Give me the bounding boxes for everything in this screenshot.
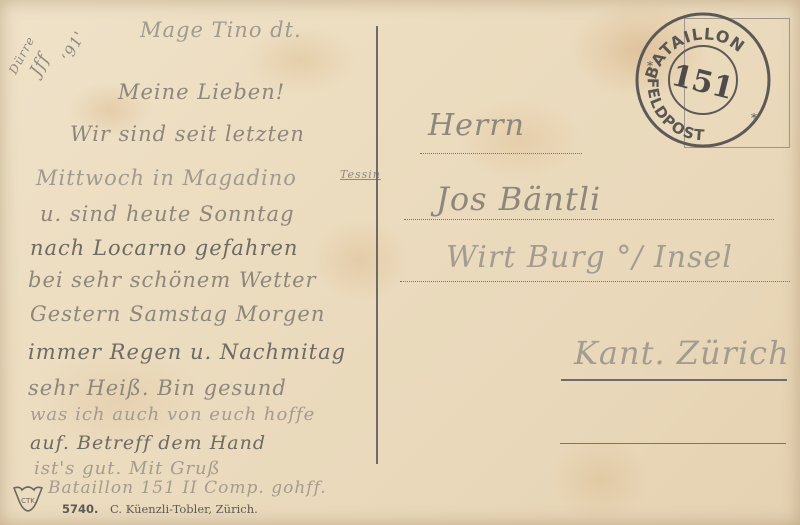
address-salutation: Herrn [428,108,525,143]
message-signature: Bataillon 151 II Comp. gohff. [48,478,327,498]
postmark: BATAILLON FELDPOST * * 151 [633,10,773,150]
address-line-4 [561,379,787,381]
message-line-10: sehr Heiß. Bin gesund [28,376,287,400]
publisher-name: C. Küenzli-Tobler, Zürich. [110,502,258,516]
address-street: Wirt Burg °/ Insel [446,240,733,275]
address-line-1 [420,153,582,154]
message-line-9: immer Regen u. Nachmitag [28,340,346,364]
message-line-5: u. sind heute Sonntag [40,202,295,226]
message-line-11: was ich auch von euch hoffe [30,404,315,425]
svg-text:*: * [751,111,757,125]
address-line-3 [400,281,790,282]
publisher-imprint: 5740. C. Küenzli-Tobler, Zürich. [62,502,258,516]
svg-text:151: 151 [668,58,737,107]
message-line-7: bei sehr schönem Wetter [28,268,317,292]
address-canton: Kant. Zürich [574,334,790,372]
message-line-6: nach Locarno gefahren [30,236,298,260]
center-divider [376,26,378,464]
address-line-2 [404,219,774,220]
svg-text:*: * [647,59,653,73]
message-line-12: auf. Betreff dem Hand [30,432,266,454]
message-greeting: Meine Lieben! [118,80,285,104]
message-insert: Tessin [340,168,381,181]
postcard: Dürre Jff ‘91' Mage Tino dt. Meine Liebe… [0,0,800,525]
catalog-number: 5740. [62,502,98,516]
svg-text:CTK: CTK [21,497,35,505]
address-name: Jos Bäntli [436,180,601,218]
margin-note-2: Jff [26,50,54,79]
message-line-4: Mittwoch in Magadino [36,166,297,190]
message-line-1: Mage Tino dt. [140,18,302,42]
margin-note-3: ‘91' [58,28,89,65]
message-line-13: ist's gut. Mit Gruß [34,458,221,479]
address-line-5 [560,443,786,444]
message-line-3: Wir sind seit letzten [70,122,305,146]
message-line-8: Gestern Samstag Morgen [30,302,325,326]
publisher-logo-icon: CTK [12,484,44,512]
